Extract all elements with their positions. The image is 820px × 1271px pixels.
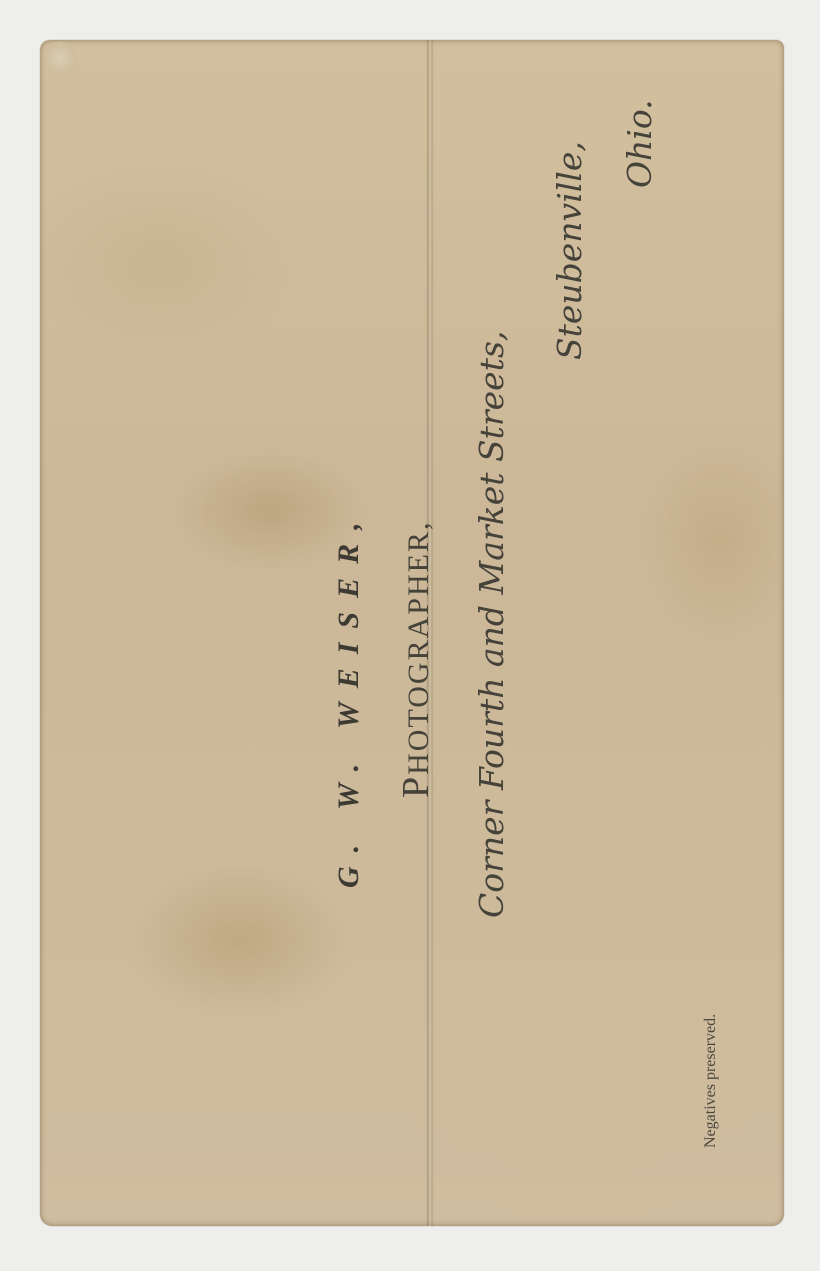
title-initial: P xyxy=(395,775,437,798)
studio-address: Corner Fourth and Market Streets, xyxy=(472,331,511,918)
negatives-note: Negatives preserved. xyxy=(702,1014,720,1148)
studio-state: Ohio. xyxy=(620,99,659,188)
photographer-name: G. W. WEISER, xyxy=(332,508,366,888)
worn-corner xyxy=(40,40,78,76)
photographer-title: PHOTOGRAPHER, xyxy=(394,521,438,798)
title-rest: HOTOGRAPHER, xyxy=(402,521,435,775)
studio-city: Steubenville, xyxy=(550,141,589,360)
